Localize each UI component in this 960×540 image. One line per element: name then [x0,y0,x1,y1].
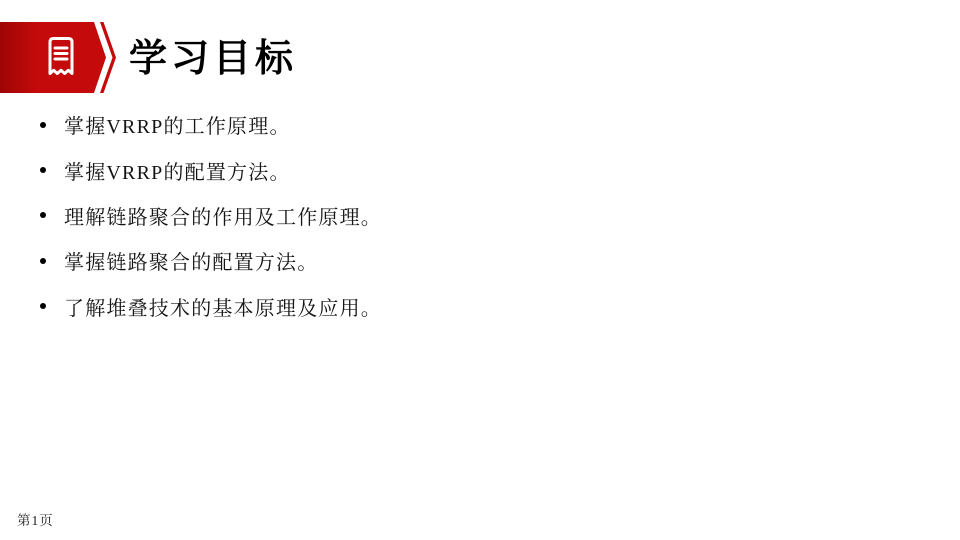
objective-text: 掌握VRRP的配置方法。 [64,156,291,185]
page-title: 学习目标 [129,38,297,80]
bullet-dot-icon [40,303,46,309]
list-item: 掌握链路聚合的配置方法。 [40,238,900,283]
bullet-dot-icon [40,212,46,218]
scroll-list-icon [44,35,78,79]
list-item: 理解链路聚合的作用及工作原理。 [40,193,900,238]
objective-text: 了解堆叠技术的基本原理及应用。 [64,292,382,321]
page-number: 第1页 [17,509,54,529]
list-item: 掌握VRRP的工作原理。 [40,102,900,147]
bullet-dot-icon [40,167,46,173]
bullet-dot-icon [40,258,46,264]
objectives-list: 掌握VRRP的工作原理。 掌握VRRP的配置方法。 理解链路聚合的作用及工作原理… [40,102,900,329]
objective-text: 理解链路聚合的作用及工作原理。 [64,201,382,230]
objective-text: 掌握链路聚合的配置方法。 [64,246,318,275]
bullet-dot-icon [40,122,46,128]
list-item: 了解堆叠技术的基本原理及应用。 [40,284,900,329]
list-item: 掌握VRRP的配置方法。 [40,147,900,192]
objective-text: 掌握VRRP的工作原理。 [64,110,291,139]
